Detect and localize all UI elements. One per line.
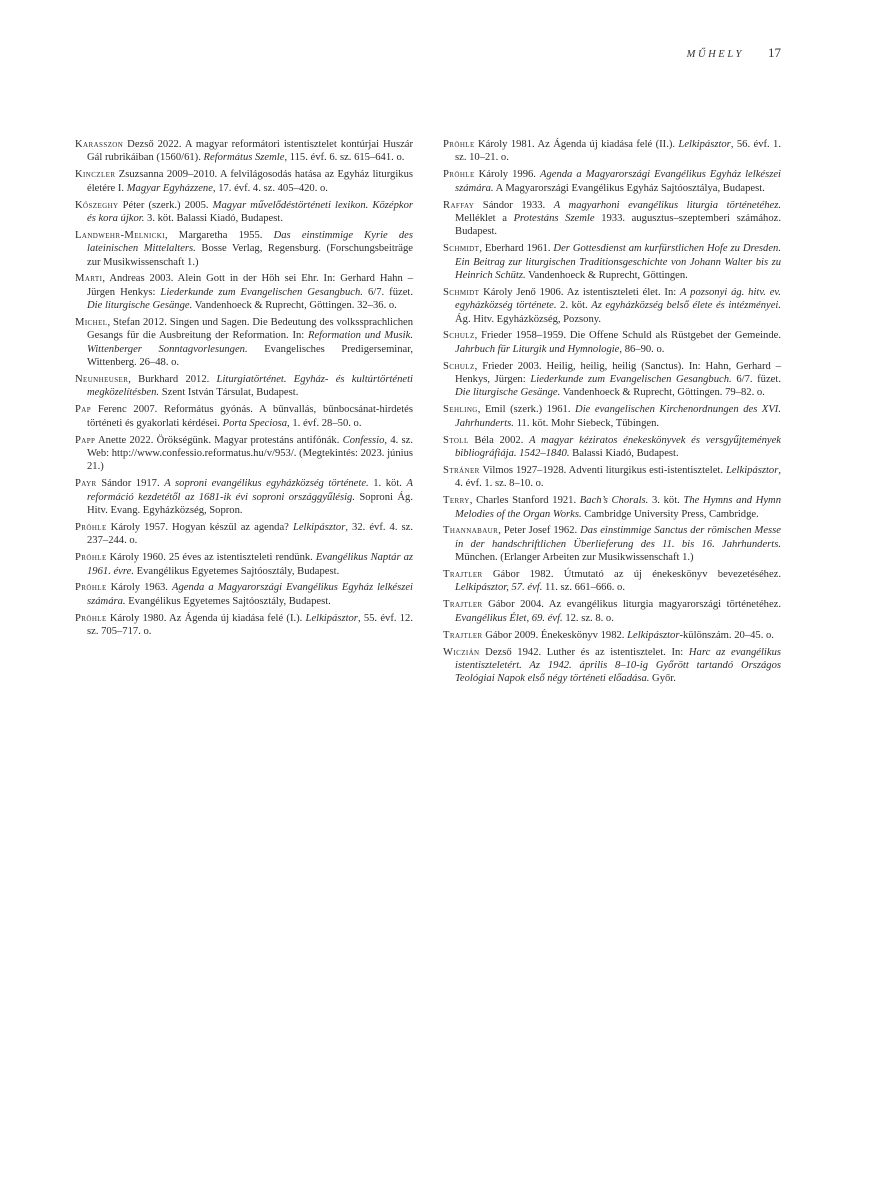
- entry-author: Michel: [75, 317, 107, 328]
- entry-text: 6/7. füzet.: [732, 374, 781, 385]
- entry-text: 12. sz. 8. o.: [563, 613, 614, 624]
- bibliography-entry: Pröhle Károly 1957. Hogyan készül az age…: [75, 521, 413, 548]
- entry-title: Lelkipásztor: [293, 522, 345, 533]
- entry-title: Confessio: [343, 435, 385, 446]
- entry-author: Sehling: [443, 404, 478, 415]
- entry-author: Papp: [75, 435, 95, 446]
- entry-author: Trajtler: [443, 569, 483, 580]
- entry-text: Melléklet a: [455, 213, 514, 224]
- bibliography-entry: Stráner Vilmos 1927–1928. Adventi liturg…: [443, 464, 781, 491]
- entry-author: Pap: [75, 404, 91, 415]
- entry-author: Pröhle: [75, 552, 107, 563]
- bibliography-entry: Trajtler Gábor 2009. Énekeskönyv 1982. L…: [443, 629, 781, 642]
- bibliography-entry: Pap Ferenc 2007. Református gyónás. A bű…: [75, 403, 413, 430]
- entry-text: A Magyarországi Evangélikus Egyház Sajtó…: [494, 183, 765, 194]
- entry-text: Károly 1963.: [107, 582, 172, 593]
- bibliography-entry: Wiczián Dezső 1942. Luther és az istenti…: [443, 646, 781, 686]
- entry-author: Payr: [75, 478, 97, 489]
- entry-text: Károly Jenő 1906. Az istentiszteleti éle…: [479, 287, 680, 298]
- entry-title: Református Szemle: [204, 152, 285, 163]
- entry-text: , 115. évf. 6. sz. 615–641. o.: [284, 152, 404, 163]
- bibliography-entry: Sehling, Emil (szerk.) 1961. Die evangel…: [443, 403, 781, 430]
- entry-text: 11. köt. Mohr Siebeck, Tübingen.: [514, 418, 659, 429]
- entry-author: Pröhle: [75, 613, 107, 624]
- entry-text: -különszám. 20–45. o.: [679, 630, 773, 641]
- entry-title: Bach’s Chorals.: [580, 495, 649, 506]
- entry-title: Liederkunde zum Evangelischen Gesangbuch…: [530, 374, 731, 385]
- entry-author: Trajtler: [443, 599, 483, 610]
- bibliography-entry: Schulz, Frieder 2003. Heilig, heilig, he…: [443, 360, 781, 400]
- entry-title: Lelkipásztor, 57. évf.: [455, 582, 542, 593]
- entry-title: Die liturgische Gesänge.: [87, 300, 192, 311]
- entry-text: München. (Erlanger Arbeiten zur Musikwis…: [455, 552, 694, 563]
- bibliography-entry: Papp Anette 2022. Örökségünk. Magyar pro…: [75, 434, 413, 474]
- entry-text: Szent István Társulat, Budapest.: [159, 387, 298, 398]
- entry-title: Lelkipásztor: [678, 139, 730, 150]
- entry-title: Porta Speciosa: [223, 418, 287, 429]
- entry-text: Károly 1981. Az Ágenda új kiadása felé (…: [475, 139, 679, 150]
- entry-author: Trajtler: [443, 630, 483, 641]
- entry-text: Sándor 1917.: [97, 478, 165, 489]
- entry-title: Lelkipásztor: [726, 465, 778, 476]
- entry-author: Karasszon: [75, 139, 123, 150]
- entry-text: Győr.: [649, 673, 675, 684]
- entry-text: Károly 1996.: [475, 169, 540, 180]
- entry-text: Károly 1957. Hogyan készül az agenda?: [107, 522, 293, 533]
- bibliography-right-column: Pröhle Károly 1981. Az Ágenda új kiadása…: [443, 138, 781, 689]
- entry-text: Vandenhoeck & Ruprecht, Göttingen. 32–36…: [192, 300, 397, 311]
- entry-title: Lelkipásztor: [306, 613, 358, 624]
- bibliography-entry: Kőszeghy Péter (szerk.) 2005. Magyar műv…: [75, 199, 413, 226]
- entry-title: A magyarhoni evangélikus liturgia történ…: [554, 200, 781, 211]
- entry-title: Liederkunde zum Evangelischen Gesangbuch…: [160, 287, 363, 298]
- entry-text: Dezső 1942. Luther és az istentisztelet.…: [480, 647, 689, 658]
- entry-author: Neunheuser: [75, 374, 128, 385]
- bibliography-entry: Thannabaur, Peter Josef 1962. Das einsti…: [443, 524, 781, 564]
- entry-text: Vandenhoeck & Ruprecht, Göttingen.: [526, 270, 688, 281]
- entry-text: Anette 2022. Örökségünk. Magyar protestá…: [95, 435, 342, 446]
- entry-text: Gábor 1982. Útmutató az új énekeskönyv b…: [483, 569, 781, 580]
- entry-text: Ág. Hitv. Egyházközség, Pozsony.: [455, 314, 601, 325]
- bibliography-entry: Pröhle Károly 1996. Agenda a Magyarorszá…: [443, 168, 781, 195]
- bibliography-entry: Kinczler Zsuzsanna 2009–2010. A felvilág…: [75, 168, 413, 195]
- entry-title: Die liturgische Gesänge.: [455, 387, 560, 398]
- page-number: 17: [768, 45, 781, 61]
- entry-text: Evangélikus Egyetemes Sajtóosztály, Buda…: [126, 596, 331, 607]
- entry-text: , Peter Josef 1962.: [498, 525, 580, 536]
- entry-text: , Emil (szerk.) 1961.: [478, 404, 575, 415]
- entry-author: Landwehr-Melnicki: [75, 230, 165, 241]
- entry-text: 2. köt.: [557, 300, 592, 311]
- entry-text: Péter (szerk.) 2005.: [119, 200, 213, 211]
- entry-author: Schmidt: [443, 287, 479, 298]
- bibliography-entry: Schmidt, Eberhard 1961. Der Gottesdienst…: [443, 242, 781, 282]
- bibliography-entry: Schmidt Károly Jenő 1906. Az istentiszte…: [443, 286, 781, 326]
- bibliography-entry: Trajtler Gábor 2004. Az evangélikus litu…: [443, 598, 781, 625]
- section-title: MŰHELY: [687, 49, 744, 60]
- entry-text: Béla 2002.: [469, 435, 529, 446]
- entry-text: , 17. évf. 4. sz. 405–420. o.: [213, 183, 328, 194]
- entry-author: Pröhle: [443, 139, 475, 150]
- entry-text: , Frieder 1958–1959. Die Offene Schuld a…: [475, 330, 781, 341]
- bibliography-entry: Schulz, Frieder 1958–1959. Die Offene Sc…: [443, 329, 781, 356]
- entry-title: Protestáns Szemle: [514, 213, 595, 224]
- bibliography-entry: Raffay Sándor 1933. A magyarhoni evangél…: [443, 199, 781, 239]
- bibliography-entry: Karasszon Dezső 2022. A magyar reformáto…: [75, 138, 413, 165]
- entry-author: Wiczián: [443, 647, 480, 658]
- bibliography-entry: Pröhle Károly 1960. 25 éves az istentisz…: [75, 551, 413, 578]
- entry-text: 6/7. füzet.: [363, 287, 413, 298]
- entry-title: A soproni evangélikus egyházközség törté…: [164, 478, 369, 489]
- bibliography-entry: Marti, Andreas 2003. Alein Gott in der H…: [75, 272, 413, 312]
- entry-author: Stoll: [443, 435, 469, 446]
- entry-author: Pröhle: [75, 582, 107, 593]
- bibliography: Karasszon Dezső 2022. A magyar reformáto…: [75, 138, 781, 689]
- bibliography-entry: Michel, Stefan 2012. Singen und Sagen. D…: [75, 316, 413, 369]
- entry-author: Marti: [75, 273, 102, 284]
- bibliography-entry: Pröhle Károly 1981. Az Ágenda új kiadása…: [443, 138, 781, 165]
- entry-author: Pröhle: [443, 169, 475, 180]
- entry-author: Kőszeghy: [75, 200, 119, 211]
- entry-title: Lelkipásztor: [627, 630, 679, 641]
- entry-text: , 1. évf. 28–50. o.: [287, 418, 361, 429]
- entry-text: Sándor 1933.: [474, 200, 553, 211]
- entry-title: Evangélikus Élet, 69. évf.: [455, 613, 563, 624]
- entry-text: Gábor 2009. Énekeskönyv 1982.: [483, 630, 627, 641]
- entry-author: Pröhle: [75, 522, 107, 533]
- bibliography-left-column: Karasszon Dezső 2022. A magyar reformáto…: [75, 138, 413, 689]
- bibliography-entry: Neunheuser, Burkhard 2012. Liturgiatörté…: [75, 373, 413, 400]
- entry-text: Cambridge University Press, Cambridge.: [582, 509, 759, 520]
- entry-text: Balassi Kiadó, Budapest.: [569, 448, 678, 459]
- entry-text: Károly 1980. Az Ágenda új kiadása felé (…: [107, 613, 306, 624]
- entry-text: , Charles Stanford 1921.: [470, 495, 580, 506]
- entry-text: Vandenhoeck & Ruprecht, Göttingen. 79–82…: [560, 387, 765, 398]
- bibliography-entry: Trajtler Gábor 1982. Útmutató az új ének…: [443, 568, 781, 595]
- entry-text: , Margaretha 1955.: [165, 230, 274, 241]
- bibliography-entry: Landwehr-Melnicki, Margaretha 1955. Das …: [75, 229, 413, 269]
- entry-text: , Eberhard 1961.: [479, 243, 553, 254]
- entry-text: 3. köt.: [648, 495, 683, 506]
- bibliography-entry: Pröhle Károly 1980. Az Ágenda új kiadása…: [75, 612, 413, 639]
- bibliography-entry: Terry, Charles Stanford 1921. Bach’s Cho…: [443, 494, 781, 521]
- entry-author: Terry: [443, 495, 470, 506]
- entry-author: Schmidt: [443, 243, 479, 254]
- entry-title: Magyar Egyházzene: [127, 183, 213, 194]
- entry-text: Károly 1960. 25 éves az istentiszteleti …: [107, 552, 316, 563]
- entry-author: Raffay: [443, 200, 474, 211]
- entry-author: Schulz: [443, 361, 475, 372]
- running-head: MŰHELY 17: [600, 45, 781, 61]
- entry-text: , 86–90. o.: [619, 344, 664, 355]
- bibliography-entry: Pröhle Károly 1963. Agenda a Magyarorszá…: [75, 581, 413, 608]
- entry-text: 11. sz. 661–666. o.: [542, 582, 625, 593]
- bibliography-entry: Payr Sándor 1917. A soproni evangélikus …: [75, 477, 413, 517]
- entry-text: , Burkhard 2012.: [128, 374, 216, 385]
- entry-author: Schulz: [443, 330, 475, 341]
- entry-text: Evangélikus Egyetemes Sajtóosztály, Buda…: [134, 566, 339, 577]
- entry-text: 3. köt. Balassi Kiadó, Budapest.: [144, 213, 283, 224]
- entry-author: Kinczler: [75, 169, 115, 180]
- entry-title: Jahrbuch für Liturgik und Hymnologie: [455, 344, 619, 355]
- entry-author: Stráner: [443, 465, 480, 476]
- entry-title: Az egyházközség belső élete és intézmény…: [591, 300, 781, 311]
- entry-text: 1. köt.: [369, 478, 407, 489]
- bibliography-entry: Stoll Béla 2002. A magyar kéziratos ének…: [443, 434, 781, 461]
- entry-text: Vilmos 1927–1928. Adventi liturgikus est…: [480, 465, 726, 476]
- entry-author: Thannabaur: [443, 525, 498, 536]
- entry-text: Gábor 2004. Az evangélikus liturgia magy…: [483, 599, 781, 610]
